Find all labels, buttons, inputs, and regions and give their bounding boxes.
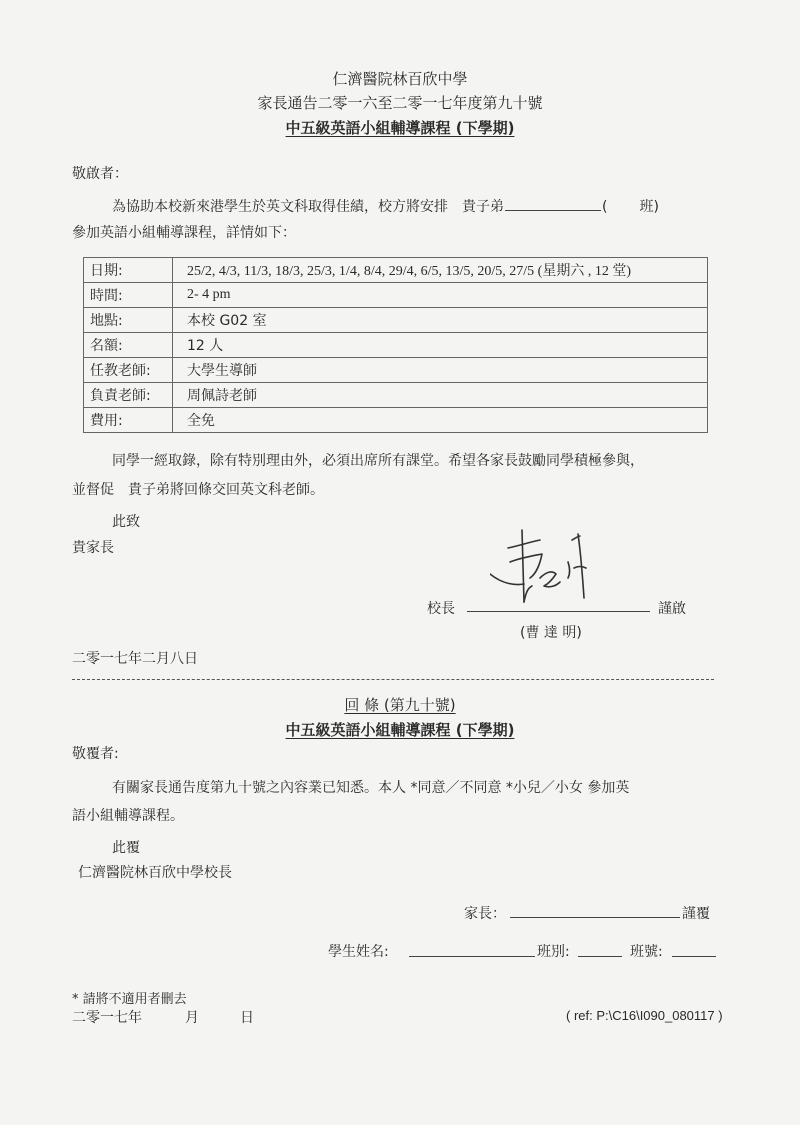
principal-signature — [490, 528, 600, 608]
reply-closing: 此覆 — [112, 837, 140, 857]
class-field[interactable] — [578, 956, 622, 957]
school-name: 仁濟醫院林百欣中學 — [0, 68, 800, 89]
cut-line — [72, 679, 714, 680]
notice-title: 中五級英語小組輔導課程 (下學期) — [0, 117, 800, 138]
principal-signature-line — [467, 611, 650, 612]
parent-signature-field[interactable] — [510, 917, 680, 918]
principal-name: (曹 達 明) — [520, 622, 582, 642]
reply-date-day: 日 — [240, 1007, 254, 1027]
detail-label: 地點: — [84, 308, 173, 333]
detail-value: 大學生導師 — [173, 358, 708, 383]
class-label: 班別: — [537, 941, 570, 961]
recipient: 貴家長 — [72, 537, 114, 557]
detail-label: 負責老師: — [84, 383, 173, 408]
reply-line-1: 有關家長通告度第九十號之內容業已知悉。本人 *同意／不同意 *小兒／小女 參加英 — [112, 777, 629, 797]
table-row: 任教老師: 大學生導師 — [84, 358, 708, 383]
detail-label: 任教老師: — [84, 358, 173, 383]
student-name-blank[interactable] — [505, 209, 601, 211]
detail-value: 25/2, 4/3, 11/3, 18/3, 25/3, 1/4, 8/4, 2… — [173, 258, 708, 283]
reply-title: 回 條 (第九十號) — [0, 694, 800, 715]
intro-line-2: 參加英語小組輔導課程，詳情如下： — [72, 222, 296, 242]
reply-date-month: 月 — [185, 1007, 199, 1027]
table-row: 費用: 全免 — [84, 408, 708, 433]
detail-label: 費用: — [84, 408, 173, 433]
detail-label: 名額: — [84, 333, 173, 358]
details-table: 日期: 25/2, 4/3, 11/3, 18/3, 25/3, 1/4, 8/… — [83, 257, 708, 433]
attendance-line-2: 並督促 貴子弟將回條交回英文科老師。 — [72, 479, 324, 499]
detail-value: 12 人 — [173, 333, 708, 358]
table-row: 日期: 25/2, 4/3, 11/3, 18/3, 25/3, 1/4, 8/… — [84, 258, 708, 283]
principal-suffix: 謹啟 — [658, 598, 686, 618]
reply-date-year: 二零一七年 — [72, 1007, 142, 1027]
reply-salutation: 敬覆者: — [72, 743, 119, 763]
salutation: 敬啟者： — [72, 163, 128, 183]
notice-date: 二零一七年二月八日 — [72, 648, 198, 668]
detail-label: 日期: — [84, 258, 173, 283]
detail-value: 2- 4 pm — [173, 283, 708, 308]
notice-number: 家長通告二零一六至二零一七年度第九十號 — [0, 92, 800, 113]
footnote: * 請將不適用者刪去 — [72, 988, 187, 1007]
table-row: 名額: 12 人 — [84, 333, 708, 358]
table-row: 時間: 2- 4 pm — [84, 283, 708, 308]
parent-label: 家長： — [464, 903, 506, 923]
detail-value: 全免 — [173, 408, 708, 433]
principal-label: 校長 — [427, 598, 455, 618]
intro-line-1: 為協助本校新來港學生於英文科取得佳績，校方將安排 貴子弟(班) — [112, 196, 659, 216]
table-row: 地點: 本校 G02 室 — [84, 308, 708, 333]
detail-value: 本校 G02 室 — [173, 308, 708, 333]
detail-label: 時間: — [84, 283, 173, 308]
student-name-label: 學生姓名: — [328, 941, 389, 961]
class-open-paren: ( — [602, 199, 607, 215]
class-no-label: 班號: — [630, 941, 663, 961]
reply-line-2: 語小組輔導課程。 — [72, 805, 184, 825]
detail-value: 周佩詩老師 — [173, 383, 708, 408]
reference-code: ( ref: P:\C16\I090_080117 ) — [566, 1008, 723, 1023]
intro-text: 為協助本校新來港學生於英文科取得佳績，校方將安排 貴子弟 — [112, 199, 504, 215]
attendance-line-1: 同學一經取錄，除有特別理由外，必須出席所有課堂。希望各家長鼓勵同學積極參與， — [112, 450, 644, 470]
reply-subtitle: 中五級英語小組輔導課程 (下學期) — [0, 719, 800, 740]
parent-suffix: 謹覆 — [682, 903, 710, 923]
table-row: 負責老師: 周佩詩老師 — [84, 383, 708, 408]
class-close: 班) — [639, 199, 658, 215]
class-no-field[interactable] — [672, 956, 716, 957]
student-name-field[interactable] — [409, 956, 535, 957]
reply-recipient: 仁濟醫院林百欣中學校長 — [78, 862, 232, 882]
closing: 此致 — [112, 511, 140, 531]
